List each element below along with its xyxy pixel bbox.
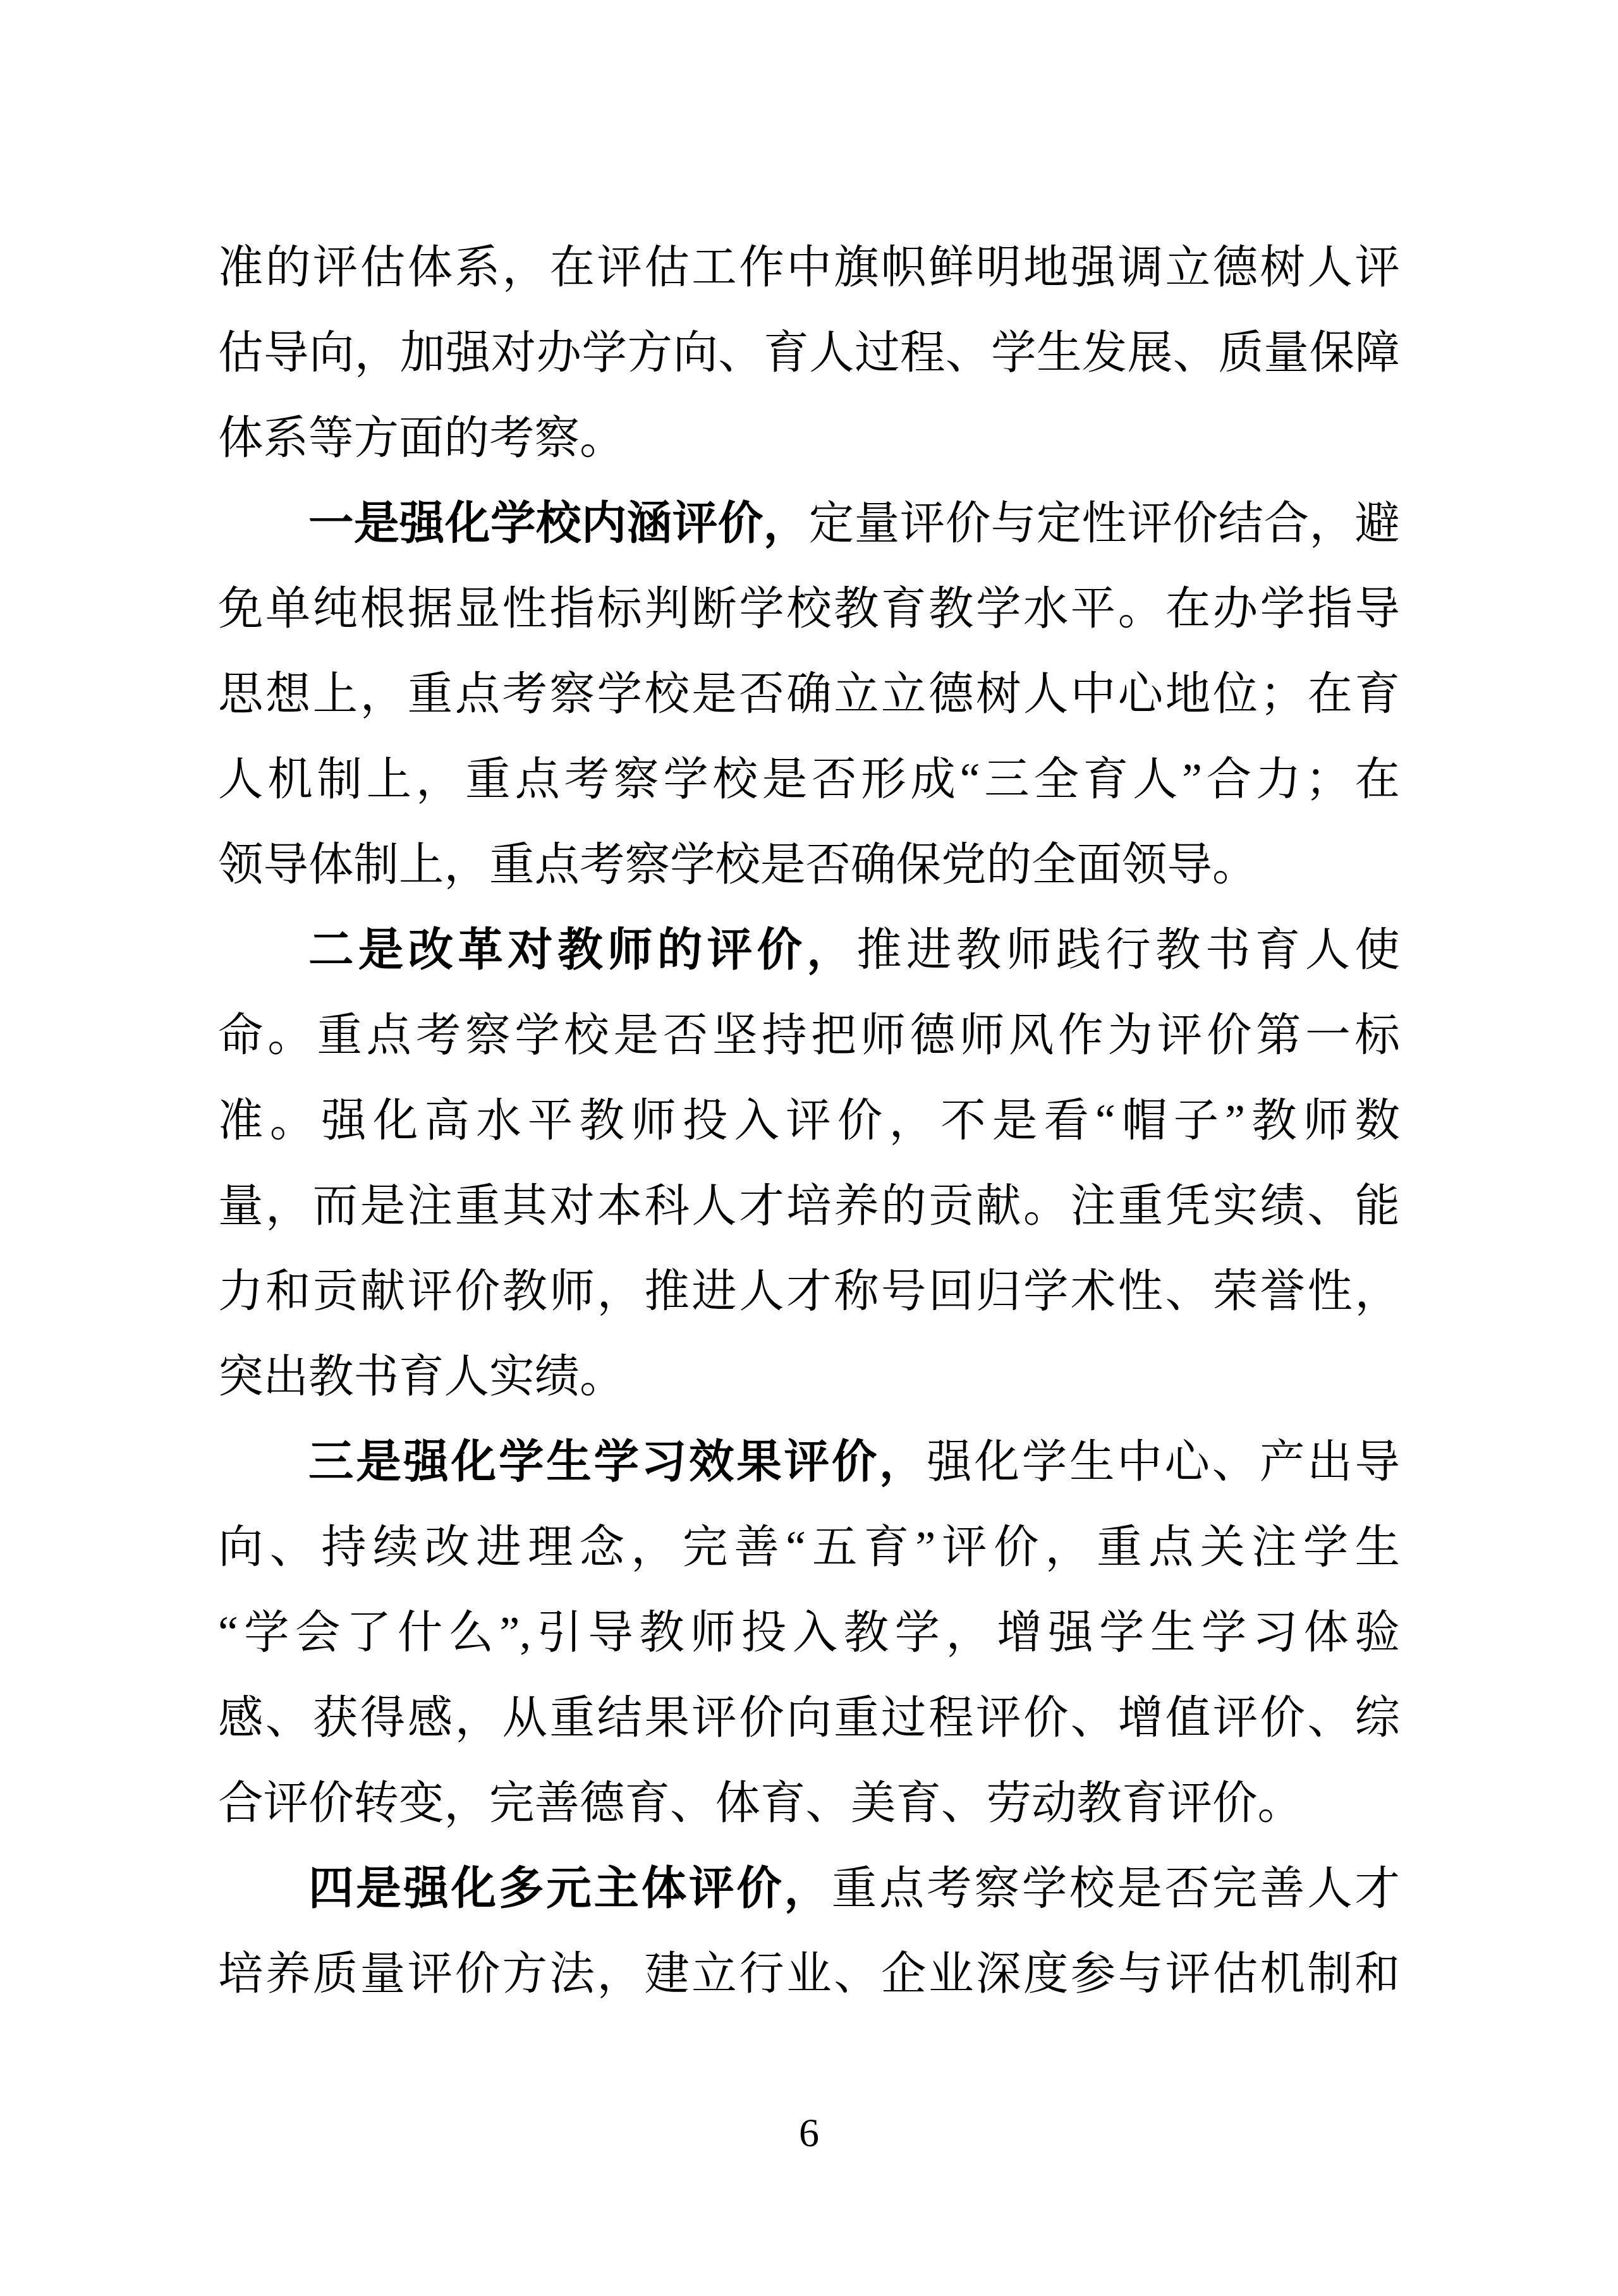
paragraph-body-text: 突出教书育人实绩。 <box>218 1352 625 1402</box>
paragraph-line: 量，而是注重其对本科人才培养的贡献。注重凭实绩、能 <box>218 1163 1400 1249</box>
page-number: 6 <box>0 2105 1618 2161</box>
paragraph-line: 体系等方面的考察。 <box>218 396 1400 481</box>
paragraph-lead-text: 二是改革对教师的评价， <box>308 925 856 975</box>
paragraph-line: 合评价转变，完善德育、体育、美育、劳动教育评价。 <box>218 1761 1400 1846</box>
paragraph-body-text: 合评价转变，完善德育、体育、美育、劳动教育评价。 <box>218 1778 1303 1828</box>
paragraph-line: 免单纯根据显性指标判断学校教育教学水平。在办学指导 <box>218 566 1400 652</box>
paragraph-line: “学会了什么”,引导教师投入教学，增强学生学习体验 <box>218 1590 1400 1675</box>
paragraph-line: 准的评估体系，在评估工作中旗帜鲜明地强调立德树人评 <box>218 225 1400 310</box>
paragraph: 二是改革对教师的评价，推进教师践行教书育人使命。重点考察学校是否坚持把师德师风作… <box>218 908 1400 1419</box>
document-page: 准的评估体系，在评估工作中旗帜鲜明地强调立德树人评估导向，加强对办学方向、育人过… <box>0 0 1618 2296</box>
paragraph-line: 培养质量评价方法，建立行业、企业深度参与评估机制和 <box>218 1931 1400 2017</box>
paragraph-body-text: 推进教师践行教书育人使 <box>856 925 1400 975</box>
paragraph-body-text: 人机制上，重点考察学校是否形成“三全育人”合力；在 <box>218 755 1400 805</box>
paragraph-body-text: 估导向，加强对办学方向、育人过程、学生发展、质量保障 <box>218 328 1400 378</box>
paragraph: 准的评估体系，在评估工作中旗帜鲜明地强调立德树人评估导向，加强对办学方向、育人过… <box>218 225 1400 481</box>
paragraph-line: 突出教书育人实绩。 <box>218 1334 1400 1419</box>
paragraph-line: 四是强化多元主体评价，重点考察学校是否完善人才 <box>218 1846 1400 1931</box>
paragraph: 四是强化多元主体评价，重点考察学校是否完善人才培养质量评价方法，建立行业、企业深… <box>218 1846 1400 2017</box>
paragraph-body-text: 免单纯根据显性指标判断学校教育教学水平。在办学指导 <box>218 584 1400 634</box>
paragraph-line: 准。强化高水平教师投入评价，不是看“帽子”教师数 <box>218 1078 1400 1163</box>
paragraph-body-text: 重点考察学校是否完善人才 <box>832 1864 1400 1914</box>
paragraph-line: 命。重点考察学校是否坚持把师德师风作为评价第一标 <box>218 993 1400 1078</box>
paragraph-body-text: “学会了什么”,引导教师投入教学，增强学生学习体验 <box>218 1608 1400 1658</box>
paragraph-line: 思想上，重点考察学校是否确立立德树人中心地位；在育 <box>218 652 1400 737</box>
paragraph-lead-text: 四是强化多元主体评价， <box>308 1863 832 1914</box>
paragraph-line: 领导体制上，重点考察学校是否确保党的全面领导。 <box>218 822 1400 908</box>
paragraph-body-text: 准。强化高水平教师投入评价，不是看“帽子”教师数 <box>218 1096 1400 1146</box>
paragraph-body-text: 力和贡献评价教师，推进人才称号回归学术性、荣誉性， <box>218 1266 1400 1316</box>
paragraph-body-text: 量，而是注重其对本科人才培养的贡献。注重凭实绩、能 <box>218 1181 1400 1231</box>
paragraph-body-text: 强化学生中心、产出导 <box>927 1437 1400 1487</box>
document-body: 准的评估体系，在评估工作中旗帜鲜明地强调立德树人评估导向，加强对办学方向、育人过… <box>218 225 1400 2017</box>
paragraph-body-text: 体系等方面的考察。 <box>218 413 625 463</box>
paragraph-lead-text: 一是强化学校内涵评价， <box>308 498 809 549</box>
paragraph-lead-text: 三是强化学生学习效果评价， <box>308 1437 927 1487</box>
paragraph-body-text: 定量评价与定性评价结合，避 <box>809 499 1400 549</box>
paragraph-line: 一是强化学校内涵评价，定量评价与定性评价结合，避 <box>218 481 1400 566</box>
paragraph: 三是强化学生学习效果评价，强化学生中心、产出导向、持续改进理念，完善“五育”评价… <box>218 1419 1400 1846</box>
paragraph: 一是强化学校内涵评价，定量评价与定性评价结合，避免单纯根据显性指标判断学校教育教… <box>218 481 1400 908</box>
paragraph-body-text: 思想上，重点考察学校是否确立立德树人中心地位；在育 <box>218 669 1400 719</box>
paragraph-body-text: 准的评估体系，在评估工作中旗帜鲜明地强调立德树人评 <box>218 243 1400 293</box>
paragraph-body-text: 命。重点考察学校是否坚持把师德师风作为评价第一标 <box>218 1011 1400 1060</box>
paragraph-body-text: 培养质量评价方法，建立行业、企业深度参与评估机制和 <box>218 1949 1400 1999</box>
paragraph-body-text: 感、获得感，从重结果评价向重过程评价、增值评价、综 <box>218 1693 1400 1743</box>
paragraph-line: 人机制上，重点考察学校是否形成“三全育人”合力；在 <box>218 737 1400 822</box>
paragraph-line: 二是改革对教师的评价，推进教师践行教书育人使 <box>218 908 1400 993</box>
paragraph-line: 三是强化学生学习效果评价，强化学生中心、产出导 <box>218 1419 1400 1505</box>
paragraph-line: 力和贡献评价教师，推进人才称号回归学术性、荣誉性， <box>218 1249 1400 1334</box>
paragraph-line: 感、获得感，从重结果评价向重过程评价、增值评价、综 <box>218 1675 1400 1761</box>
paragraph-body-text: 领导体制上，重点考察学校是否确保党的全面领导。 <box>218 840 1258 890</box>
paragraph-line: 估导向，加强对办学方向、育人过程、学生发展、质量保障 <box>218 310 1400 396</box>
paragraph-line: 向、持续改进理念，完善“五育”评价，重点关注学生 <box>218 1505 1400 1590</box>
paragraph-body-text: 向、持续改进理念，完善“五育”评价，重点关注学生 <box>218 1522 1400 1572</box>
